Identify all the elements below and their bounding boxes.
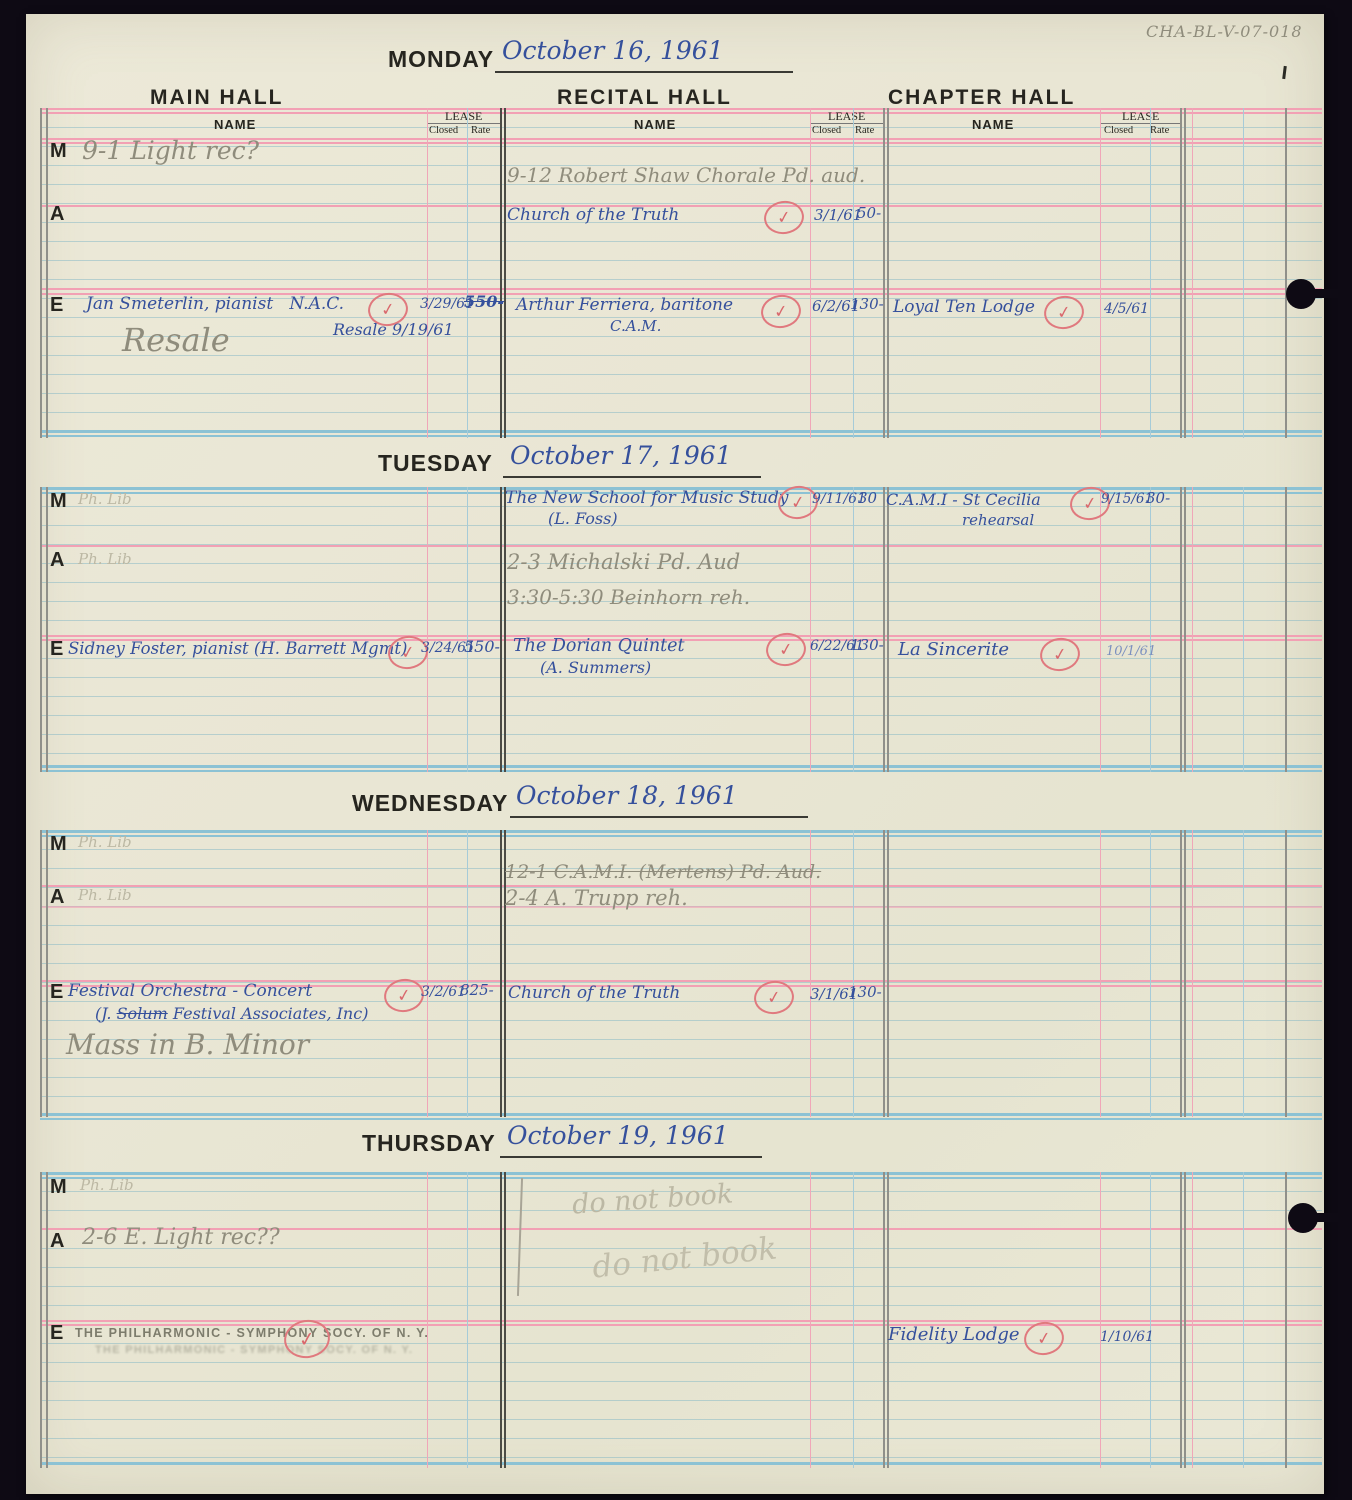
- entry-thursday-chapter-e-name: Fidelity Lodge: [888, 1326, 1020, 1345]
- hole-punch-tab: [1300, 289, 1340, 298]
- column-rule: [40, 487, 42, 772]
- section-bottom-rule: [40, 770, 1322, 772]
- entry-monday-recital-e-name: Arthur Ferriera, baritone: [516, 297, 733, 315]
- column-rule: [1243, 108, 1244, 438]
- entry-tuesday-recital-m-name2: (L. Foss): [548, 511, 618, 528]
- day-date-monday: October 16, 1961: [502, 38, 724, 64]
- column-rule: [810, 487, 811, 772]
- entry-monday-main-m: 9-1 Light rec?: [82, 138, 259, 164]
- column-rule: [1243, 487, 1244, 772]
- column-rule: [467, 108, 468, 438]
- row-label-wednesday-m: M: [50, 833, 67, 856]
- entry-tuesday-chapter-e-name: La Sincerite: [898, 641, 1009, 660]
- entry-text: Festival Associates, Inc): [168, 1004, 369, 1023]
- entry-tuesday-recital-e-name2: (A. Summers): [540, 660, 651, 677]
- column-rule: [810, 1172, 811, 1468]
- entry-tuesday-recital-a1: 2-3 Michalski Pd. Aud: [507, 551, 740, 573]
- column-rule: [1180, 487, 1182, 772]
- day-title-wednesday: WEDNESDAY: [352, 790, 508, 817]
- column-rule: [504, 487, 506, 772]
- entry-tuesday-recital-m-name: The New School for Music Study: [505, 490, 788, 508]
- column-rule: [1180, 1172, 1182, 1468]
- entry-wednesday-main-a: Ph. Lib: [78, 888, 132, 904]
- entry-tuesday-main-m: Ph. Lib: [78, 492, 132, 508]
- entry-tuesday-main-e-rate: 550-: [464, 639, 500, 656]
- column-rule: [427, 830, 428, 1117]
- row-rule: [40, 288, 1322, 290]
- row-label-tuesday-e: E: [50, 638, 63, 661]
- column-rule: [853, 1172, 854, 1468]
- row-label-monday-m: M: [50, 140, 67, 163]
- entry-monday-main-e-name: Jan Smeterlin, pianist N.A.C.: [86, 296, 344, 314]
- column-rule: [853, 108, 854, 438]
- entry-thursday-main-m: Ph. Lib: [80, 1178, 134, 1194]
- column-rule: [467, 487, 468, 772]
- section-top-rule: [40, 830, 1322, 833]
- day-date-wednesday: October 18, 1961: [516, 783, 738, 809]
- column-rule: [46, 487, 48, 772]
- column-rule: [46, 830, 48, 1117]
- row-label-monday-e: E: [50, 294, 63, 317]
- column-rule: [46, 108, 48, 438]
- column-rule: [1285, 1172, 1287, 1468]
- date-underline: [503, 476, 761, 478]
- section-bottom-rule: [40, 435, 1322, 437]
- column-rule: [883, 1172, 885, 1468]
- column-rule: [1243, 1172, 1244, 1468]
- column-rule: [1192, 1172, 1193, 1468]
- column-rule: [1150, 1172, 1151, 1468]
- entry-monday-recital-a-name: Church of the Truth: [507, 207, 679, 225]
- row-rule: [40, 205, 1322, 207]
- day-title-thursday: THURSDAY: [362, 1130, 496, 1157]
- entry-wednesday-main-e-name2: (J. Solum Festival Associates, Inc): [95, 1006, 368, 1023]
- column-rule: [1192, 108, 1193, 438]
- hall-header-recital: RECITAL HALL: [557, 86, 732, 110]
- struck-text: Solum: [117, 1004, 168, 1023]
- hall-header-main: MAIN HALL: [150, 86, 283, 110]
- day-title-tuesday: TUESDAY: [378, 450, 493, 477]
- entry-monday-recital-a-closed: 3/1/61: [814, 208, 862, 224]
- entry-tuesday-recital-m-rate: 30: [858, 491, 877, 507]
- column-rule: [887, 108, 889, 438]
- closed-header-main: Closed: [429, 125, 458, 136]
- entry-tuesday-chapter-e-closed: 10/1/61: [1106, 645, 1156, 659]
- column-rule: [1184, 487, 1186, 772]
- column-rule: [427, 487, 428, 772]
- column-rule: [504, 1172, 506, 1468]
- entry-monday-chapter-e-name: Loyal Ten Lodge: [893, 299, 1035, 317]
- rate-header-main: Rate: [471, 125, 490, 136]
- entry-text: (J.: [95, 1004, 117, 1023]
- column-rule: [887, 1172, 889, 1468]
- column-rule: [883, 830, 885, 1117]
- entry-wednesday-main-e-rate: 825-: [460, 983, 494, 999]
- column-rule: [1184, 830, 1186, 1117]
- entry-wednesday-main-e-pencil-note: Mass in B. Minor: [66, 1030, 309, 1059]
- entry-monday-recital-m: 9-12 Robert Shaw Chorale Pd. aud.: [507, 165, 865, 186]
- column-rule: [427, 108, 428, 438]
- entry-tuesday-recital-a2: 3:30-5:30 Beinhorn reh.: [507, 587, 750, 608]
- entry-thursday-chapter-e-closed: 1/10/61: [1100, 1330, 1154, 1345]
- column-rule: [500, 830, 502, 1117]
- ledger-grid-thursday: [40, 1172, 1322, 1468]
- column-rule: [887, 830, 889, 1117]
- row-rule: [40, 545, 1322, 547]
- row-label-tuesday-m: M: [50, 490, 67, 513]
- column-rule: [1150, 108, 1151, 438]
- section-top-rule: [40, 1177, 1322, 1179]
- date-underline: [500, 1156, 762, 1158]
- section-bottom-rule: [40, 430, 1322, 433]
- entry-tuesday-chapter-m-rate: 30-: [1146, 491, 1170, 507]
- date-underline: [510, 816, 808, 818]
- column-rule: [1150, 487, 1151, 772]
- row-label-thursday-a: A: [50, 1230, 64, 1253]
- col-header-name-main: NAME: [214, 117, 256, 132]
- row-label-wednesday-e: E: [50, 981, 63, 1004]
- row-rule: [40, 1320, 1322, 1322]
- entry-tuesday-recital-e-name: The Dorian Quintet: [513, 637, 685, 655]
- entry-monday-recital-e-name2: C.A.M.: [610, 319, 661, 335]
- day-title-monday: MONDAY: [388, 46, 494, 73]
- column-rule: [1243, 830, 1244, 1117]
- column-rule: [500, 487, 502, 772]
- philharmonic-stamp-ghost: THE PHILHARMONIC - SYMPHONY SOCY. OF N. …: [95, 1344, 413, 1356]
- column-rule: [883, 108, 885, 438]
- column-rule: [500, 1172, 502, 1468]
- column-rule: [1192, 830, 1193, 1117]
- entry-wednesday-recital-a1: 12-1 C.A.M.I. (Mertens) Pd. Aud.: [505, 863, 821, 883]
- section-top-rule: [40, 835, 1322, 837]
- column-rule: [1285, 108, 1287, 438]
- lease-header-rule: [1100, 123, 1180, 124]
- column-rule: [883, 487, 885, 772]
- row-label-wednesday-a: A: [50, 886, 64, 909]
- entry-monday-main-e-rate: 550-: [464, 294, 504, 311]
- entry-wednesday-recital-e-name: Church of the Truth: [508, 985, 680, 1003]
- entry-wednesday-main-e-name: Festival Orchestra - Concert: [68, 983, 312, 1001]
- column-rule: [1184, 1172, 1186, 1468]
- column-rule: [1285, 487, 1287, 772]
- lease-header-chapter: LEASE: [1122, 109, 1159, 124]
- entry-tuesday-chapter-m-name2: rehearsal: [962, 513, 1034, 529]
- philharmonic-stamp: THE PHILHARMONIC - SYMPHONY SOCY. OF N. …: [75, 1326, 429, 1340]
- column-rule: [1180, 108, 1182, 438]
- column-rule: [40, 1172, 42, 1468]
- row-label-tuesday-a: A: [50, 549, 64, 572]
- column-rule: [1100, 487, 1101, 772]
- entry-wednesday-main-m: Ph. Lib: [78, 835, 132, 851]
- reference-code: CHA-BL-V-07-018: [1146, 24, 1303, 41]
- hall-header-chapter: CHAPTER HALL: [888, 86, 1075, 110]
- entry-thursday-main-a: 2-6 E. Light rec??: [82, 1226, 280, 1249]
- row-label-monday-a: A: [50, 203, 64, 226]
- column-rule: [467, 830, 468, 1117]
- section-bottom-rule: [40, 1113, 1322, 1116]
- col-header-name-chapter: NAME: [972, 117, 1014, 132]
- column-rule: [1192, 487, 1193, 772]
- column-rule: [810, 108, 811, 438]
- rate-header-recital: Rate: [855, 125, 874, 136]
- entry-tuesday-main-e-name: Sidney Foster, pianist (H. Barrett Mgmt): [68, 640, 407, 657]
- lease-header-rule: [427, 123, 500, 124]
- lease-header-recital: LEASE: [828, 109, 865, 124]
- column-rule: [1184, 108, 1186, 438]
- column-rule: [500, 108, 502, 438]
- column-rule: [1100, 1172, 1101, 1468]
- section-top-rule: [40, 1172, 1322, 1175]
- row-label-thursday-m: M: [50, 1176, 67, 1199]
- entry-monday-main-e-pencil-note: Resale: [122, 324, 230, 358]
- section-bottom-rule: [40, 1118, 1322, 1120]
- column-rule: [46, 1172, 48, 1468]
- column-rule: [40, 108, 42, 438]
- entry-tuesday-main-a: Ph. Lib: [78, 552, 132, 568]
- hole-punch-tab: [1302, 1213, 1342, 1222]
- column-rule: [504, 108, 506, 438]
- entry-tuesday-recital-e-rate: 130-: [850, 638, 884, 654]
- col-header-name-recital: NAME: [634, 117, 676, 132]
- column-rule: [1180, 830, 1182, 1117]
- scanned-ledger-page: CHA-BL-V-07-018 MONDAY October 16, 1961 …: [0, 0, 1352, 1500]
- column-rule: [40, 830, 42, 1117]
- section-bottom-rule: [40, 1462, 1322, 1465]
- column-rule: [467, 1172, 468, 1468]
- entry-monday-chapter-e-closed: 4/5/61: [1104, 302, 1149, 317]
- section-bottom-rule: [40, 765, 1322, 768]
- entry-tuesday-chapter-m-name: C.A.M.I - St Cecilia: [886, 492, 1041, 509]
- entry-monday-main-e-note: Resale 9/19/61: [333, 322, 454, 339]
- rate-header-chapter: Rate: [1150, 125, 1169, 136]
- column-rule: [853, 830, 854, 1117]
- day-date-thursday: October 19, 1961: [507, 1123, 729, 1149]
- row-label-thursday-e: E: [50, 1322, 63, 1345]
- entry-monday-recital-e-rate: 130-: [850, 297, 884, 313]
- column-rule: [1285, 830, 1287, 1117]
- ledger-grid-tuesday: [40, 487, 1322, 772]
- entry-monday-recital-a-rate: 50-: [857, 206, 881, 222]
- column-rule: [887, 487, 889, 772]
- day-date-tuesday: October 17, 1961: [510, 443, 732, 469]
- lease-header-main: LEASE: [445, 109, 482, 124]
- closed-header-chapter: Closed: [1104, 125, 1133, 136]
- entry-wednesday-recital-a2: 2-4 A. Trupp reh.: [505, 887, 688, 909]
- column-rule: [1150, 830, 1151, 1117]
- entry-wednesday-recital-e-rate: 130-: [848, 985, 882, 1001]
- date-underline: [495, 71, 793, 73]
- column-rule: [1100, 108, 1101, 438]
- column-rule: [853, 487, 854, 772]
- column-rule: [427, 1172, 428, 1468]
- closed-header-recital: Closed: [812, 125, 841, 136]
- lease-header-rule: [810, 123, 883, 124]
- column-rule: [1100, 830, 1101, 1117]
